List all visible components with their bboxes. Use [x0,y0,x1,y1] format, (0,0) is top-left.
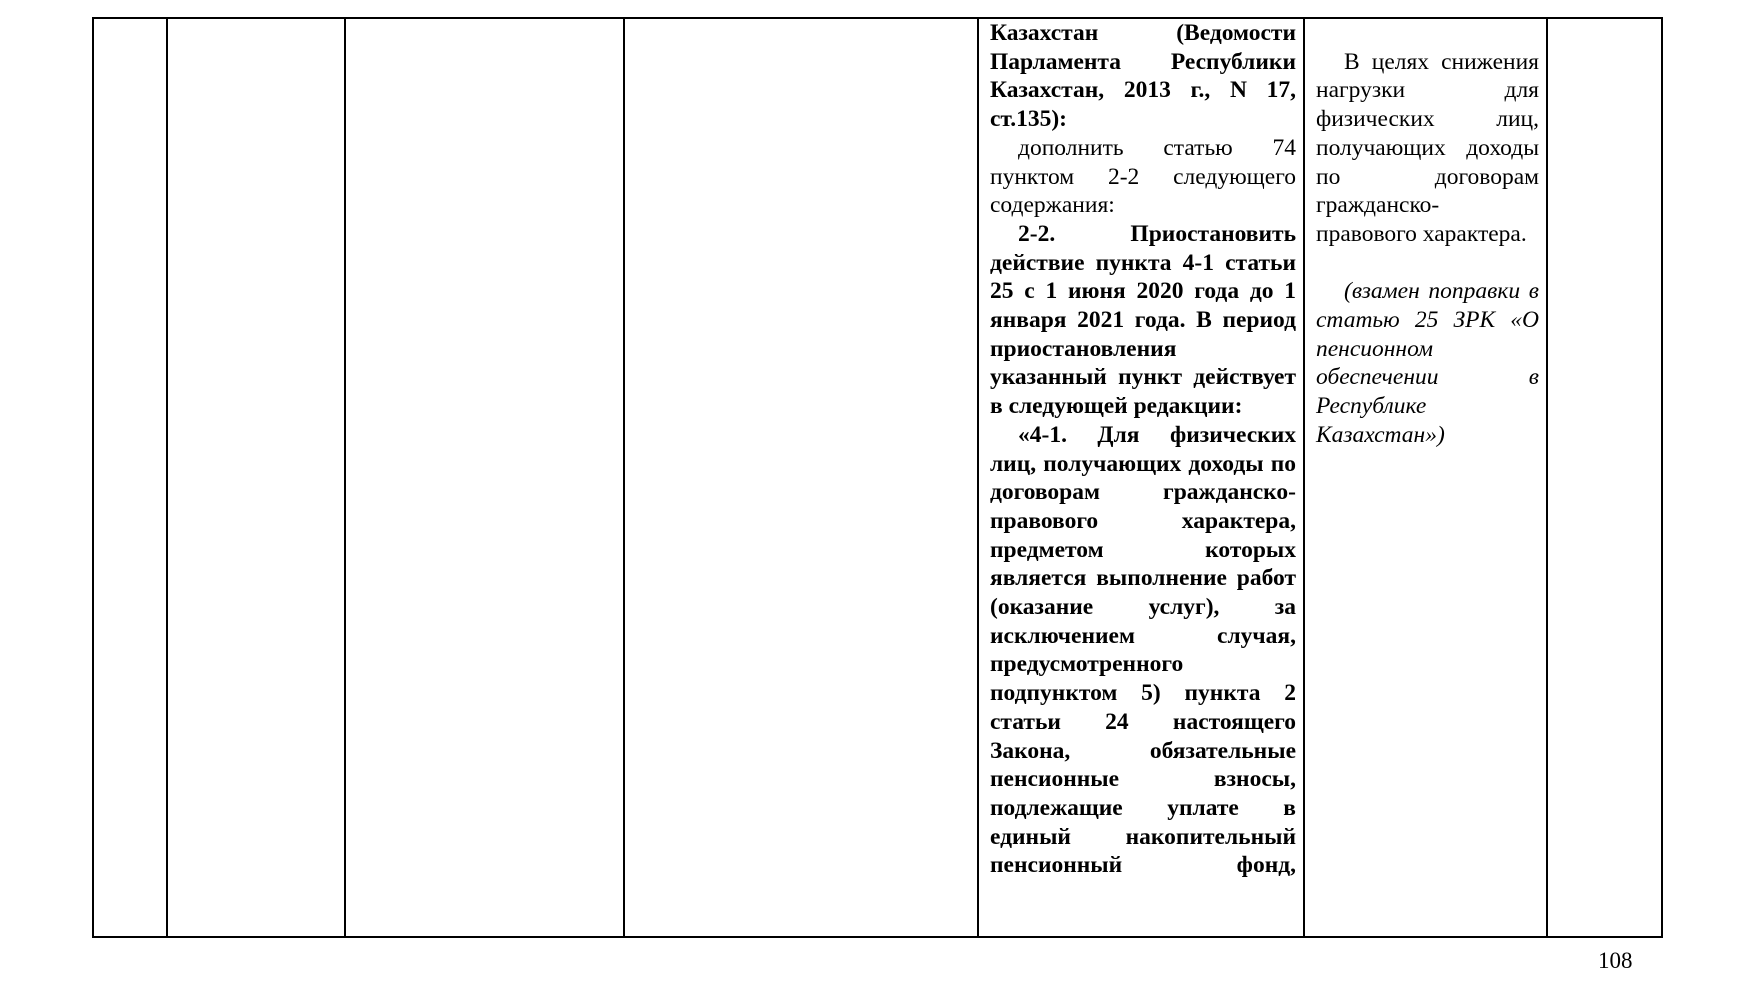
column-border [344,19,346,936]
law-paragraph-4-1: «4-1. Для физических лиц, получающих дох… [990,421,1296,880]
rationale-cell: В целях снижения нагрузки для физических… [1307,19,1548,936]
page-number: 108 [1598,948,1633,974]
column-border [166,19,168,936]
law-text-cell: Казахстан (Ведомости Парламента Республи… [981,19,1305,936]
column-border [977,19,979,936]
column-border [623,19,625,936]
rationale-note: (взамен поправки в статью 25 ЗРК «О пенс… [1316,277,1539,449]
law-paragraph-2-2: 2-2. Приостановить действие пункта 4-1 с… [990,220,1296,421]
amendments-table: Казахстан (Ведомости Парламента Республи… [92,17,1663,938]
law-paragraph-amend: дополнить статью 74 пунктом 2-2 следующе… [990,134,1296,220]
law-paragraph-source: Казахстан (Ведомости Парламента Республи… [990,19,1296,134]
rationale-text: В целях снижения нагрузки для физических… [1316,48,1539,249]
